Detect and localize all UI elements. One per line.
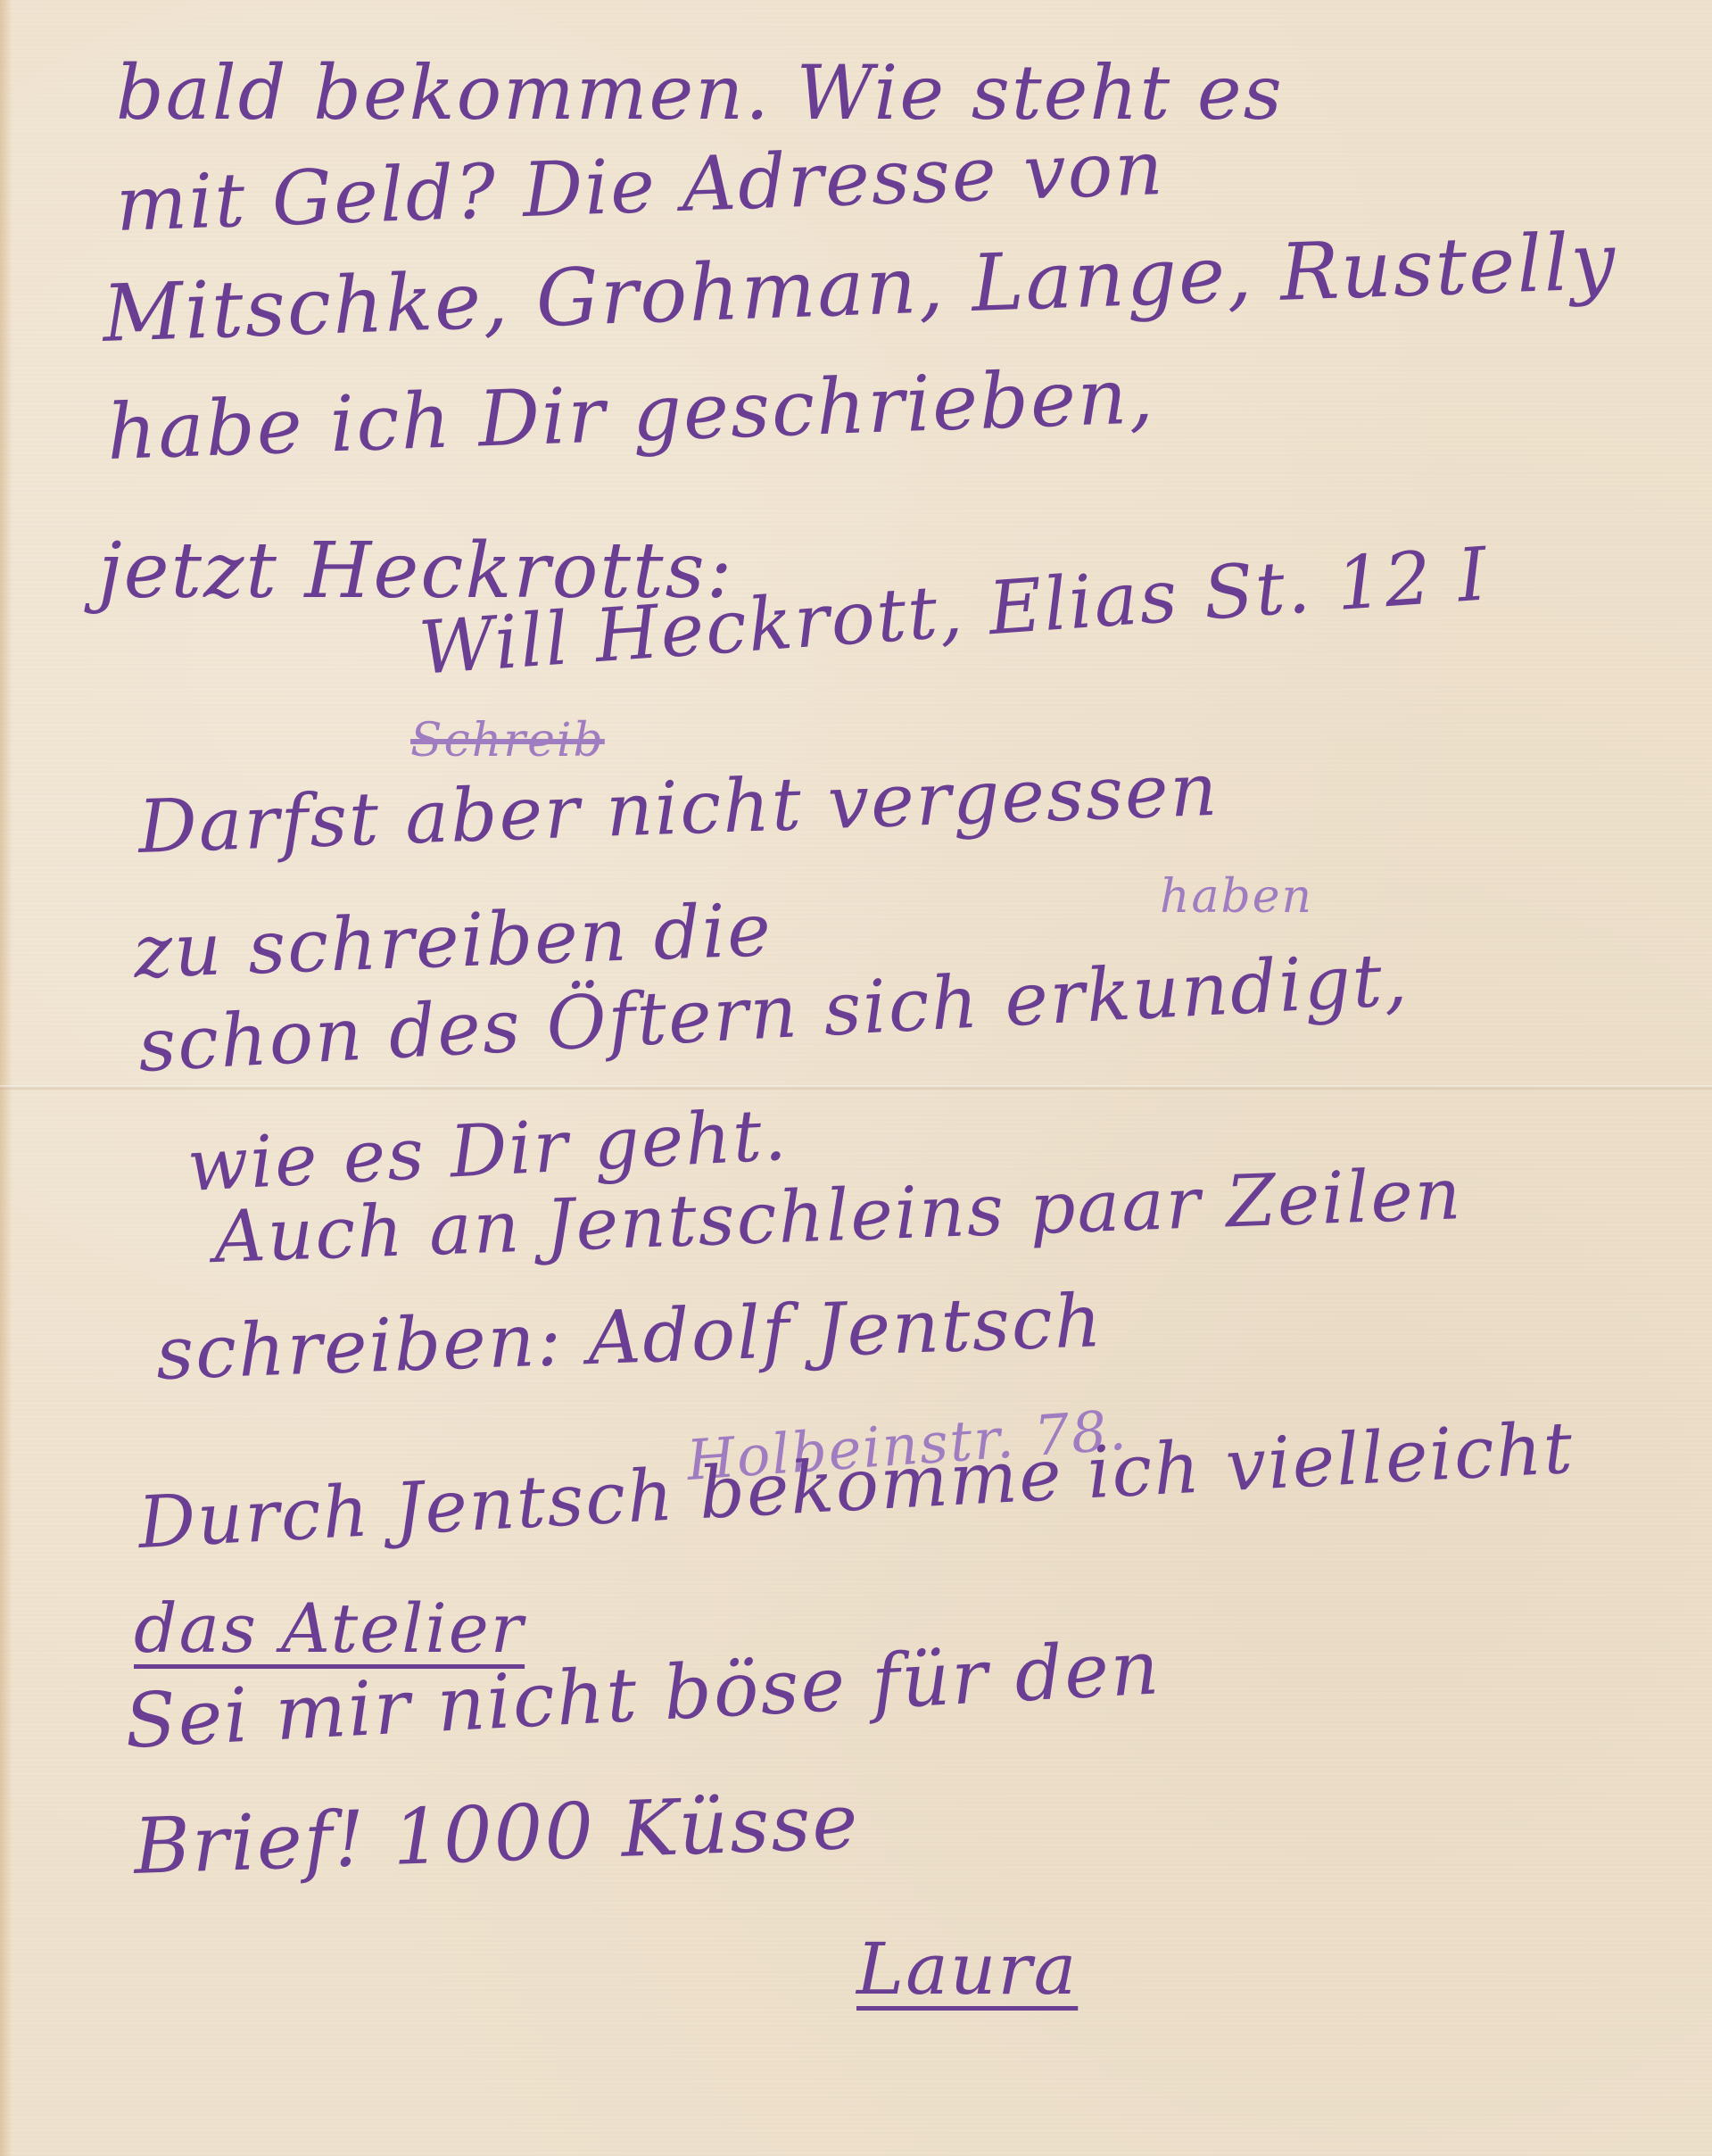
paper-fold-crease [0,1085,1712,1090]
letter-signature: Laura [856,1928,1078,2011]
letter-insert-word: haben [1160,870,1313,924]
paper-edge-stain [0,0,12,2156]
letter-line-17: das Atelier [134,1588,525,1668]
letter-line-1: bald bekommen. Wie steht es [116,49,1284,137]
letter-struck-word: Schreib [410,714,605,767]
